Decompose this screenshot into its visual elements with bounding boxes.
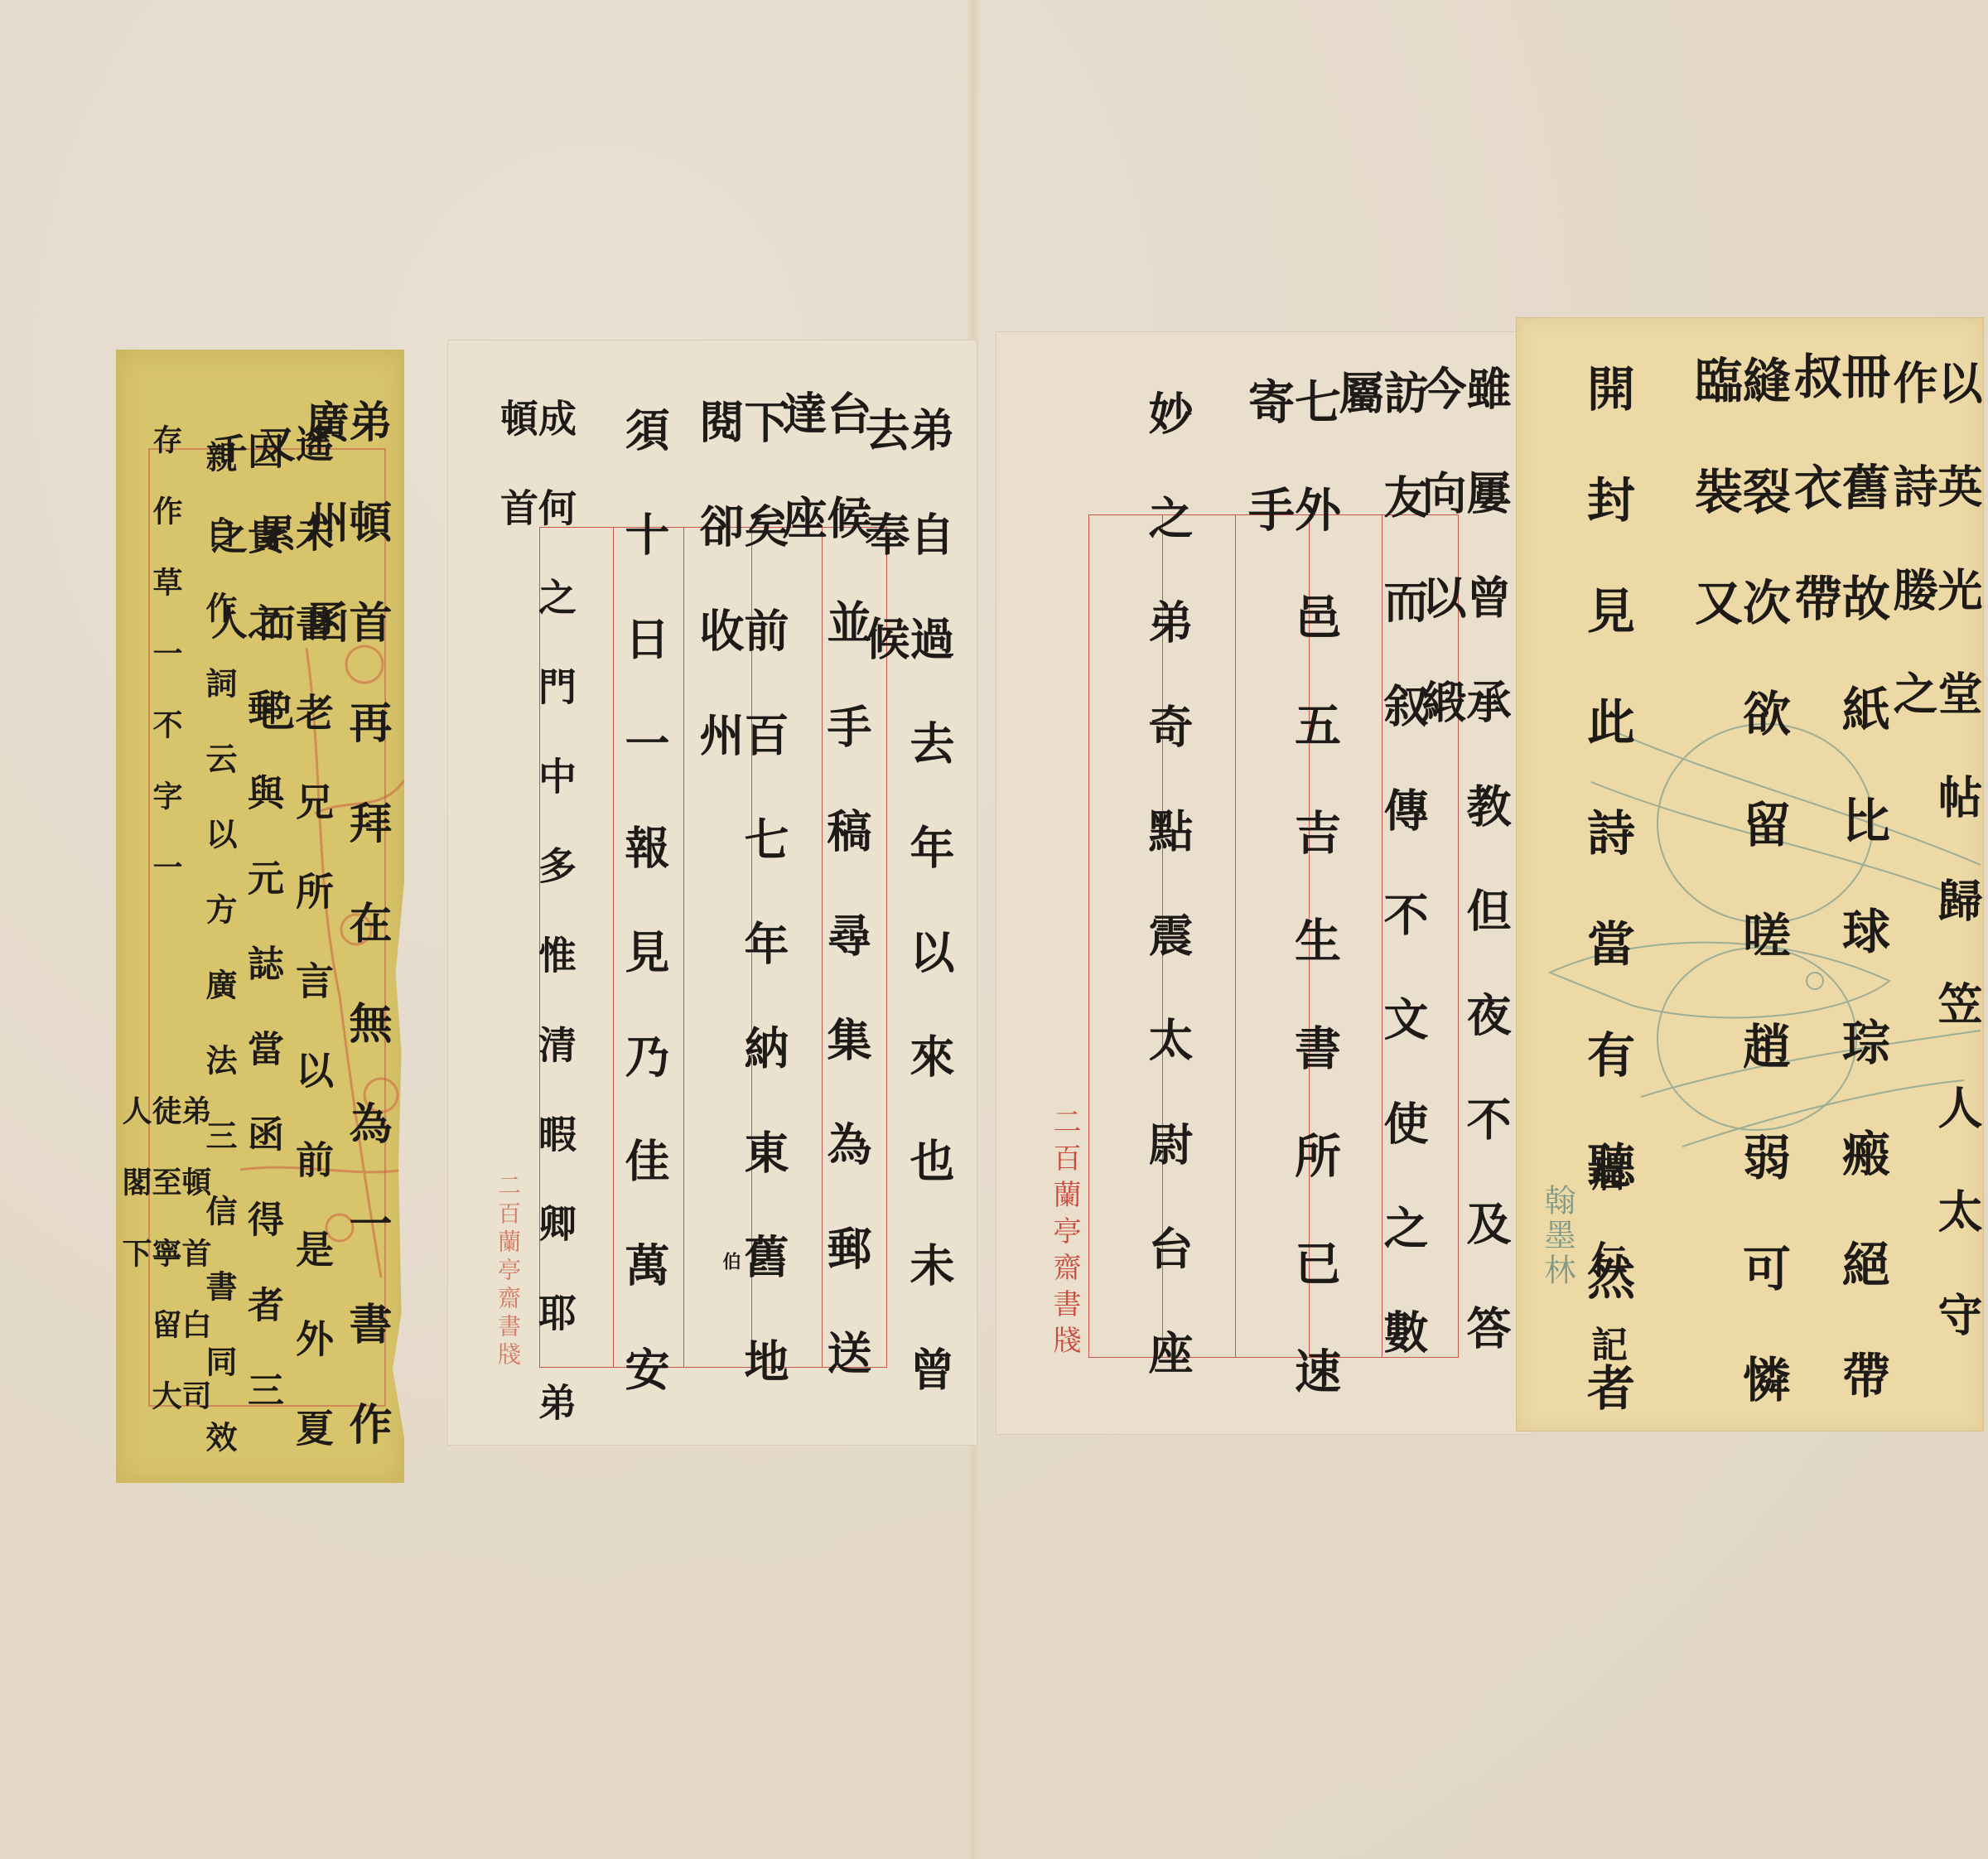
text-column: 存 作 草 一 不 字 一 — [151, 424, 181, 885]
stationery-seal: 二百蘭亭齋書牋 — [491, 1173, 524, 1370]
text-column: 下 矣 前 百 七 年 納 東 舊 地 閱 卻 收 州 — [697, 398, 786, 1445]
text-column: 縫 裂 次 欲 留 嗟 趙 弱 可 憐 臨 裝 又 — [1691, 355, 1787, 1431]
letter-panel-1: 弟 頓 首 再 拜 在 無 為 一 書 作 廣 州 函 遙 未 書 老 兄 所 … — [116, 350, 404, 1483]
text-column: 七 外 邑 五 吉 生 書 所 已 速 寄 手 — [1245, 378, 1338, 1434]
letter-panel-2: 弟 自 過 去 年 以 來 也 未 曾 去 奉 候 台 候 並 手 稿 尋 集 … — [447, 340, 977, 1446]
text-column: 台 候 並 手 稿 尋 集 為 郵 送 達 座 — [779, 390, 869, 1445]
signature-column: 弟 頓 首 白 司 徒 至 寧 留 大 人 閣 下 — [120, 1095, 210, 1483]
collector-seal: 翰墨林 — [1542, 1184, 1573, 1288]
letter-panel-4: 以 英 光 堂 帖 歸 笠 人 太 守 作 詩 媵 之 冊 舊 故 紙 比 球 … — [1516, 317, 1984, 1432]
interlinear-note: 伯 — [721, 1252, 740, 1273]
stationery-seal: 二百蘭亭齋書牋 — [1045, 1107, 1085, 1362]
text-column: 冊 舊 故 紙 比 球 琮 瘢 絕 帶 叔 衣 帶 — [1790, 351, 1886, 1431]
text-column: 以 英 光 堂 帖 歸 笠 人 太 守 作 詩 媵 之 — [1889, 360, 1979, 1431]
text-column: 雖 屢 曾 承 教 但 夜 不 及 答 今 向 以 緞 — [1419, 365, 1508, 1434]
text-column: 弟 自 過 去 年 以 來 也 未 曾 去 奉 候 — [862, 407, 952, 1445]
text-column: 妙 之 弟 奇 點 震 太 尉 台 座 — [1146, 390, 1190, 1378]
letter-panel-3: 雖 屢 曾 承 教 但 夜 不 及 答 今 向 以 緞 訪 友 而 叙 傳 不 … — [996, 331, 1532, 1435]
text-column: 須 十 日 一 報 見 乃 佳 萬 安 — [622, 407, 667, 1394]
signature: 眉 仁 記 — [1587, 1155, 1624, 1365]
text-column: 訪 友 而 叙 傳 不 文 使 之 數 屬 — [1336, 369, 1426, 1434]
